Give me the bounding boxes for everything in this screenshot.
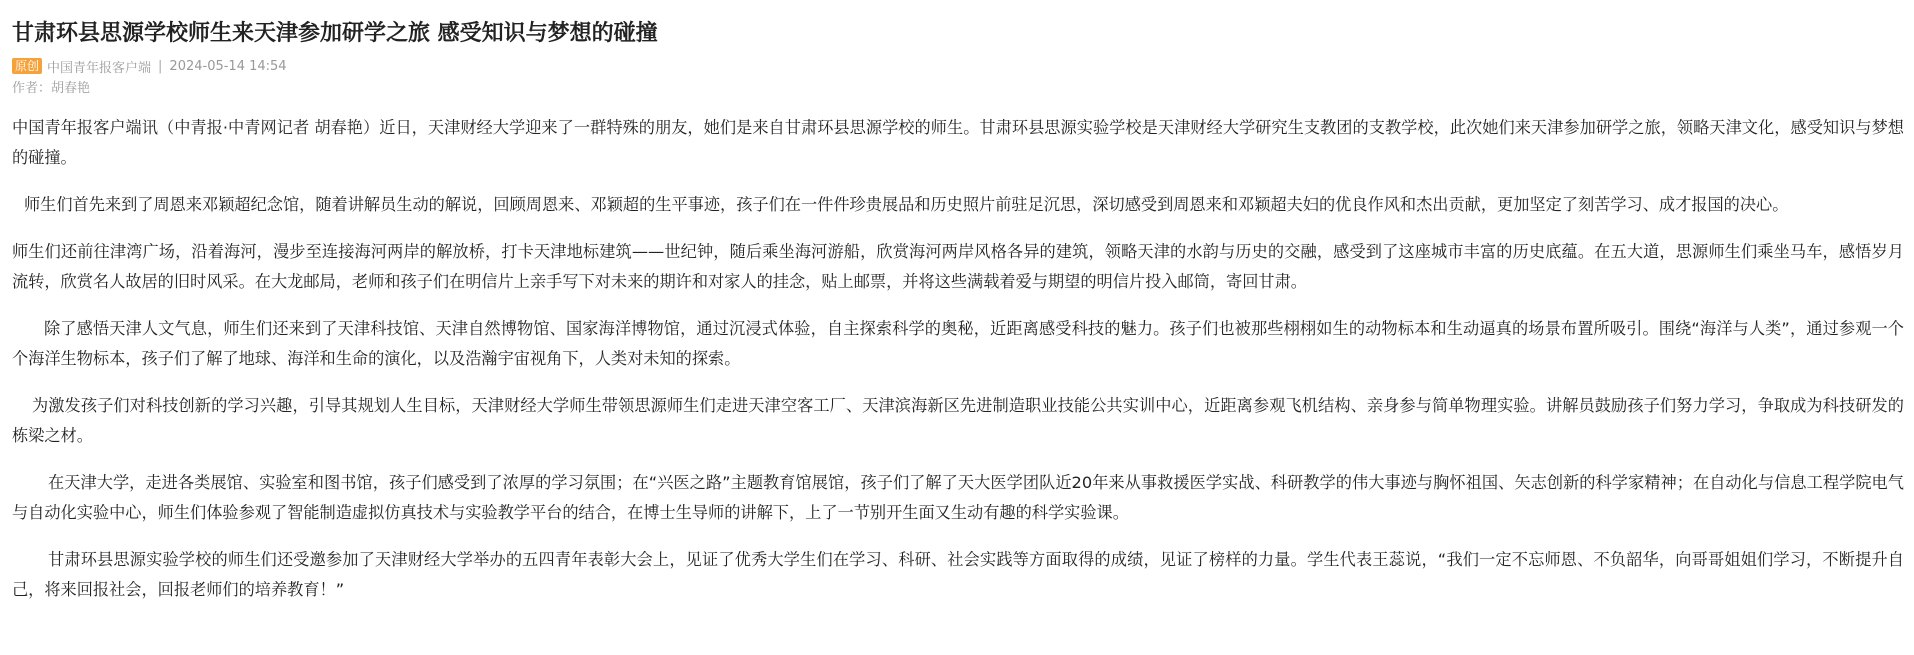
author-name: 胡春艳 [51, 81, 90, 96]
paragraph: 在天津大学，走进各类展馆、实验室和图书馆，孩子们感受到了浓厚的学习氛围；在“兴医… [12, 468, 1904, 528]
article-title: 甘肃环县思源学校师生来天津参加研学之旅 感受知识与梦想的碰撞 [12, 0, 1904, 49]
paragraph: 师生们首先来到了周恩来邓颖超纪念馆，随着讲解员生动的解说，回顾周恩来、邓颖超的生… [12, 190, 1904, 220]
author-line: 作者：胡春艳 [12, 80, 1904, 98]
paragraph: 为激发孩子们对科技创新的学习兴趣，引导其规划人生目标，天津财经大学师生带领思源师… [12, 391, 1904, 451]
source-name: 中国青年报客户端 [47, 57, 151, 76]
paragraph: 师生们还前往津湾广场，沿着海河，漫步至连接海河两岸的解放桥，打卡天津地标建筑——… [12, 237, 1904, 297]
paragraph: 甘肃环县思源实验学校的师生们还受邀参加了天津财经大学举办的五四青年表彰大会上，见… [12, 545, 1904, 605]
paragraph: 除了感悟天津人文气息，师生们还来到了天津科技馆、天津自然博物馆、国家海洋博物馆，… [12, 314, 1904, 374]
publish-datetime: 2024-05-14 14:54 [169, 59, 286, 74]
meta-separator: | [158, 59, 162, 74]
paragraph: 中国青年报客户端讯（中青报·中青网记者 胡春艳）近日，天津财经大学迎来了一群特殊… [12, 113, 1904, 173]
author-label: 作者： [12, 81, 51, 96]
article-meta: 原创 中国青年报客户端 | 2024-05-14 14:54 [12, 56, 1904, 76]
article-body: 中国青年报客户端讯（中青报·中青网记者 胡春艳）近日，天津财经大学迎来了一群特殊… [12, 113, 1904, 605]
article: 甘肃环县思源学校师生来天津参加研学之旅 感受知识与梦想的碰撞 原创 中国青年报客… [0, 0, 1914, 605]
original-badge: 原创 [12, 58, 42, 74]
